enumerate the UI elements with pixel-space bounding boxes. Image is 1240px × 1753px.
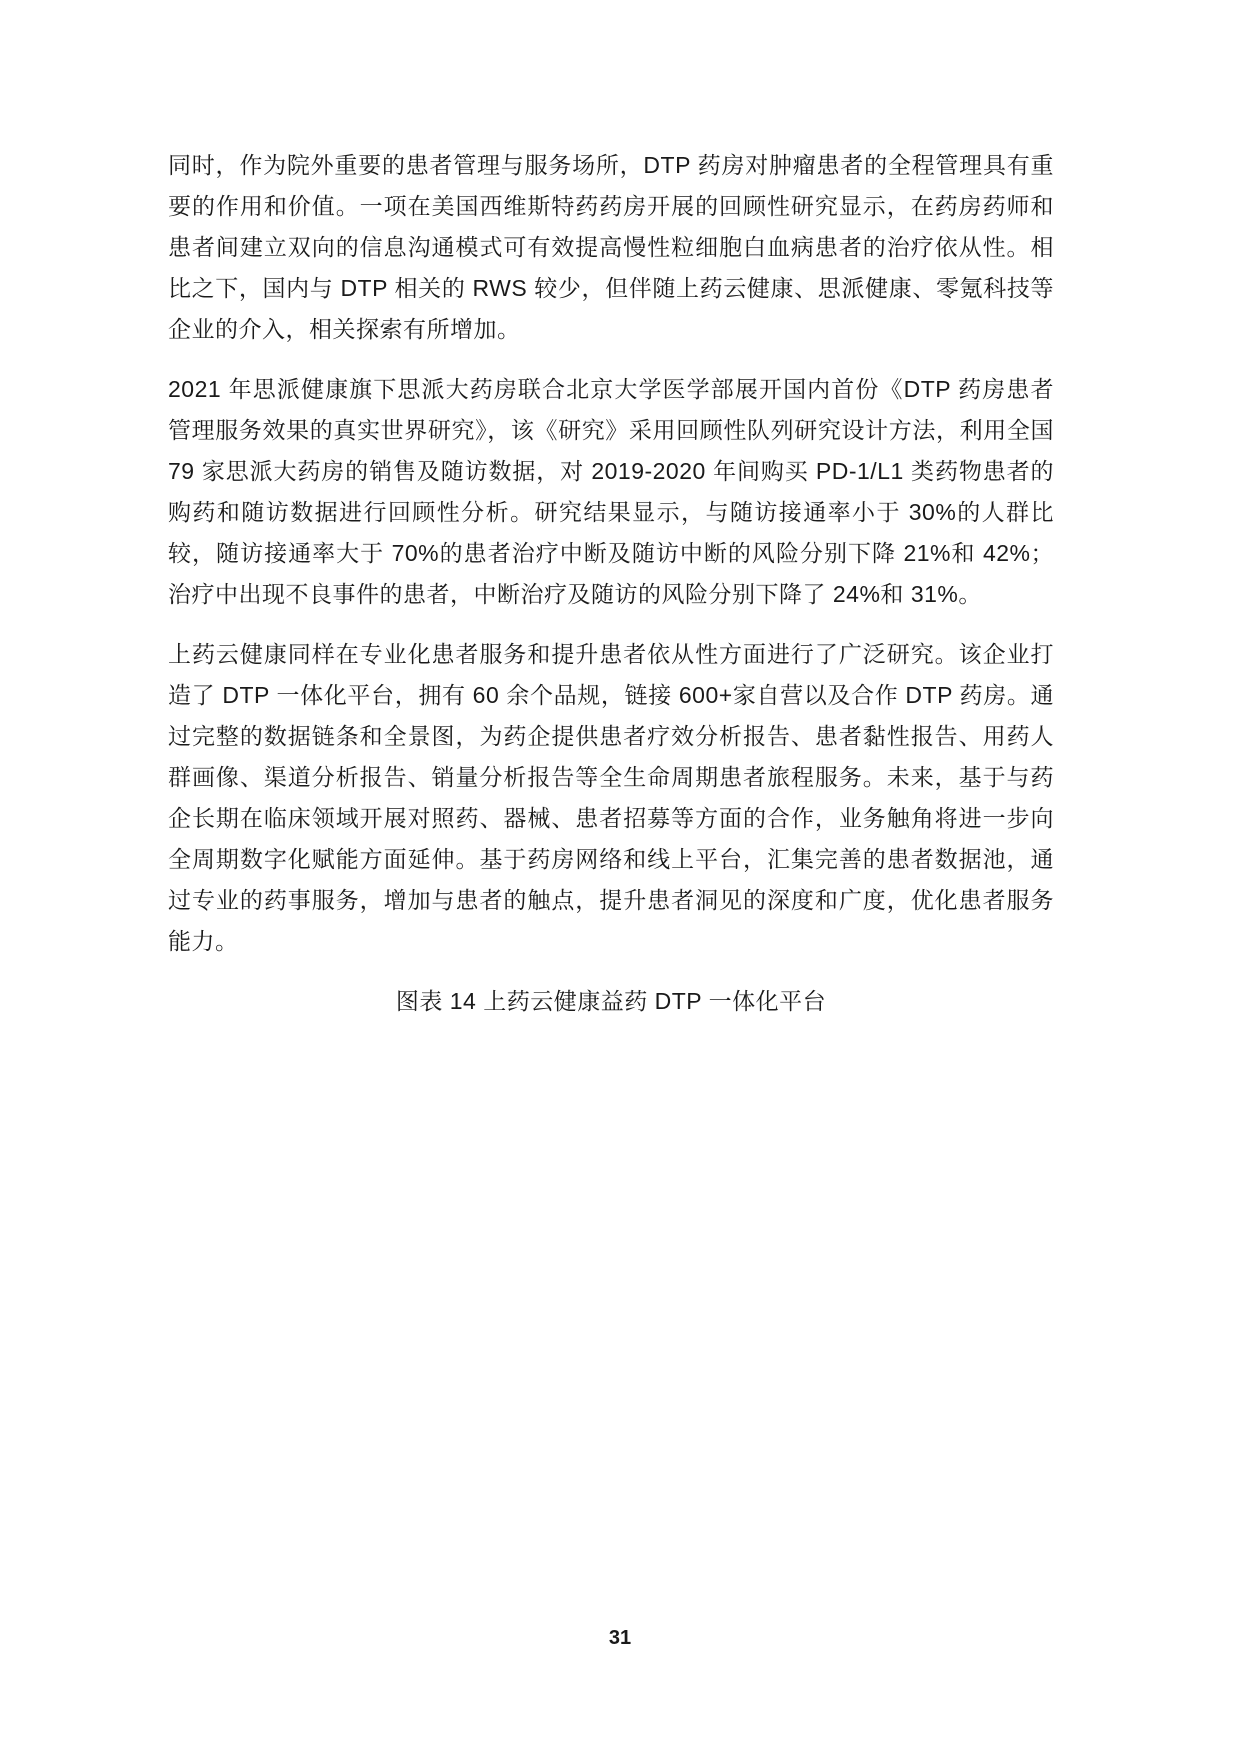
page-number: 31 — [0, 1625, 1240, 1651]
body-paragraph-2: 2021 年思派健康旗下思派大药房联合北京大学医学部展开国内首份《DTP 药房患… — [168, 369, 1054, 615]
document-page: 同时，作为院外重要的患者管理与服务场所，DTP 药房对肿瘤患者的全程管理具有重要… — [0, 0, 1240, 1753]
body-paragraph-1: 同时，作为院外重要的患者管理与服务场所，DTP 药房对肿瘤患者的全程管理具有重要… — [168, 145, 1054, 350]
page-content: 同时，作为院外重要的患者管理与服务场所，DTP 药房对肿瘤患者的全程管理具有重要… — [168, 145, 1054, 1662]
figure-placeholder-blank — [168, 1022, 1054, 1662]
body-paragraph-3: 上药云健康同样在专业化患者服务和提升患者依从性方面进行了广泛研究。该企业打造了 … — [168, 634, 1054, 962]
figure-caption: 图表 14 上药云健康益药 DTP 一体化平台 — [168, 981, 1054, 1022]
